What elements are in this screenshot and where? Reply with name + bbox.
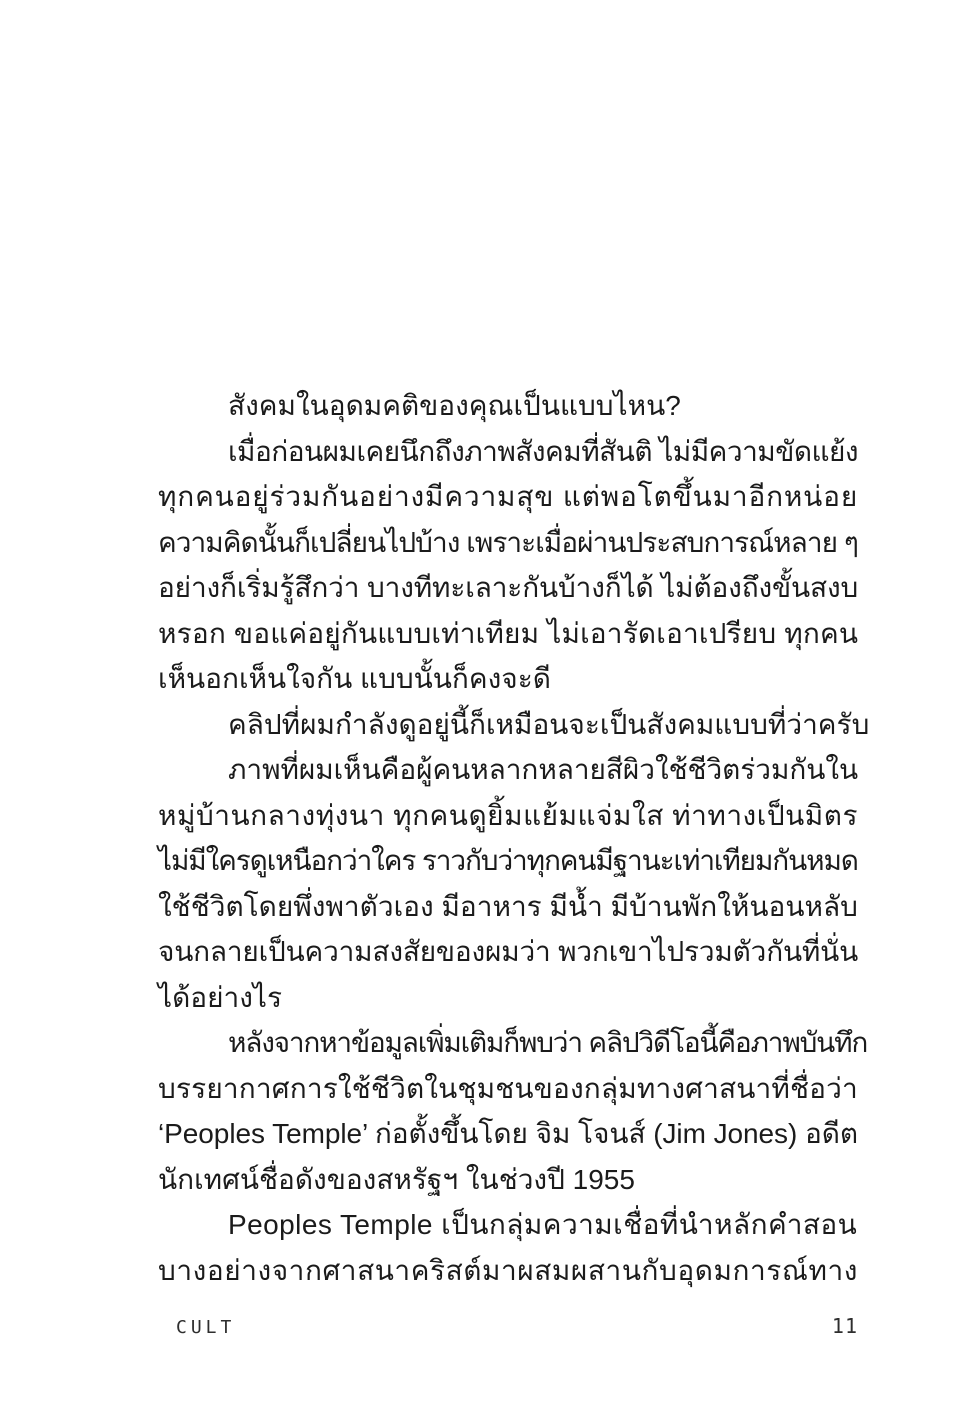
text-line: คลิปที่ผมกำลังดูอยู่นี้ก็เหมือนจะเป็นสัง… xyxy=(158,702,858,748)
text-line: หลังจากหาข้อมูลเพิ่มเติมก็พบว่า คลิปวิดี… xyxy=(158,1020,858,1066)
running-title: CULT xyxy=(176,1317,235,1338)
body-text: สังคมในอุดมคติของคุณเป็นแบบไหน?เมื่อก่อน… xyxy=(158,383,858,1293)
text-line: Peoples Temple เป็นกลุ่มความเชื่อที่นำหล… xyxy=(158,1202,858,1248)
text-line: หรอก ขอแค่อยู่กันแบบเท่าเทียม ไม่เอารัดเ… xyxy=(158,611,858,657)
page-number: 11 xyxy=(832,1314,858,1338)
text-line: จนกลายเป็นความสงสัยของผมว่า พวกเขาไปรวมต… xyxy=(158,929,858,975)
text-line: ความคิดนั้นก็เปลี่ยนไปบ้าง เพราะเมื่อผ่า… xyxy=(158,520,858,566)
book-page: สังคมในอุดมคติของคุณเป็นแบบไหน?เมื่อก่อน… xyxy=(0,0,967,1407)
text-line: บรรยากาศการใช้ชีวิตในชุมชนของกลุ่มทางศาส… xyxy=(158,1066,858,1112)
text-line: เห็นอกเห็นใจกัน แบบนั้นก็คงจะดี xyxy=(158,656,858,702)
text-line: สังคมในอุดมคติของคุณเป็นแบบไหน? xyxy=(158,383,858,429)
text-line: หมู่บ้านกลางทุ่งนา ทุกคนดูยิ้มแย้มแจ่มใส… xyxy=(158,793,858,839)
page-footer: CULT 11 xyxy=(158,1314,858,1338)
text-line: ‘Peoples Temple’ ก่อตั้งขึ้นโดย จิม โจนส… xyxy=(158,1111,858,1157)
text-line: ภาพที่ผมเห็นคือผู้คนหลากหลายสีผิวใช้ชีวิ… xyxy=(158,747,858,793)
text-line: บางอย่างจากศาสนาคริสต์มาผสมผสานกับอุดมกา… xyxy=(158,1248,858,1294)
text-line: ไม่มีใครดูเหนือกว่าใคร ราวกับว่าทุกคนมีฐ… xyxy=(158,838,858,884)
text-line: ใช้ชีวิตโดยพึ่งพาตัวเอง มีอาหาร มีน้ำ มี… xyxy=(158,884,858,930)
text-line: นักเทศน์ชื่อดังของสหรัฐฯ ในช่วงปี 1955 xyxy=(158,1157,858,1203)
text-line: ได้อย่างไร xyxy=(158,975,858,1021)
text-line: เมื่อก่อนผมเคยนึกถึงภาพสังคมที่สันติ ไม่… xyxy=(158,429,858,475)
text-line: อย่างก็เริ่มรู้สึกว่า บางทีทะเลาะกันบ้าง… xyxy=(158,565,858,611)
text-line: ทุกคนอยู่ร่วมกันอย่างมีความสุข แต่พอโตขึ… xyxy=(158,474,858,520)
